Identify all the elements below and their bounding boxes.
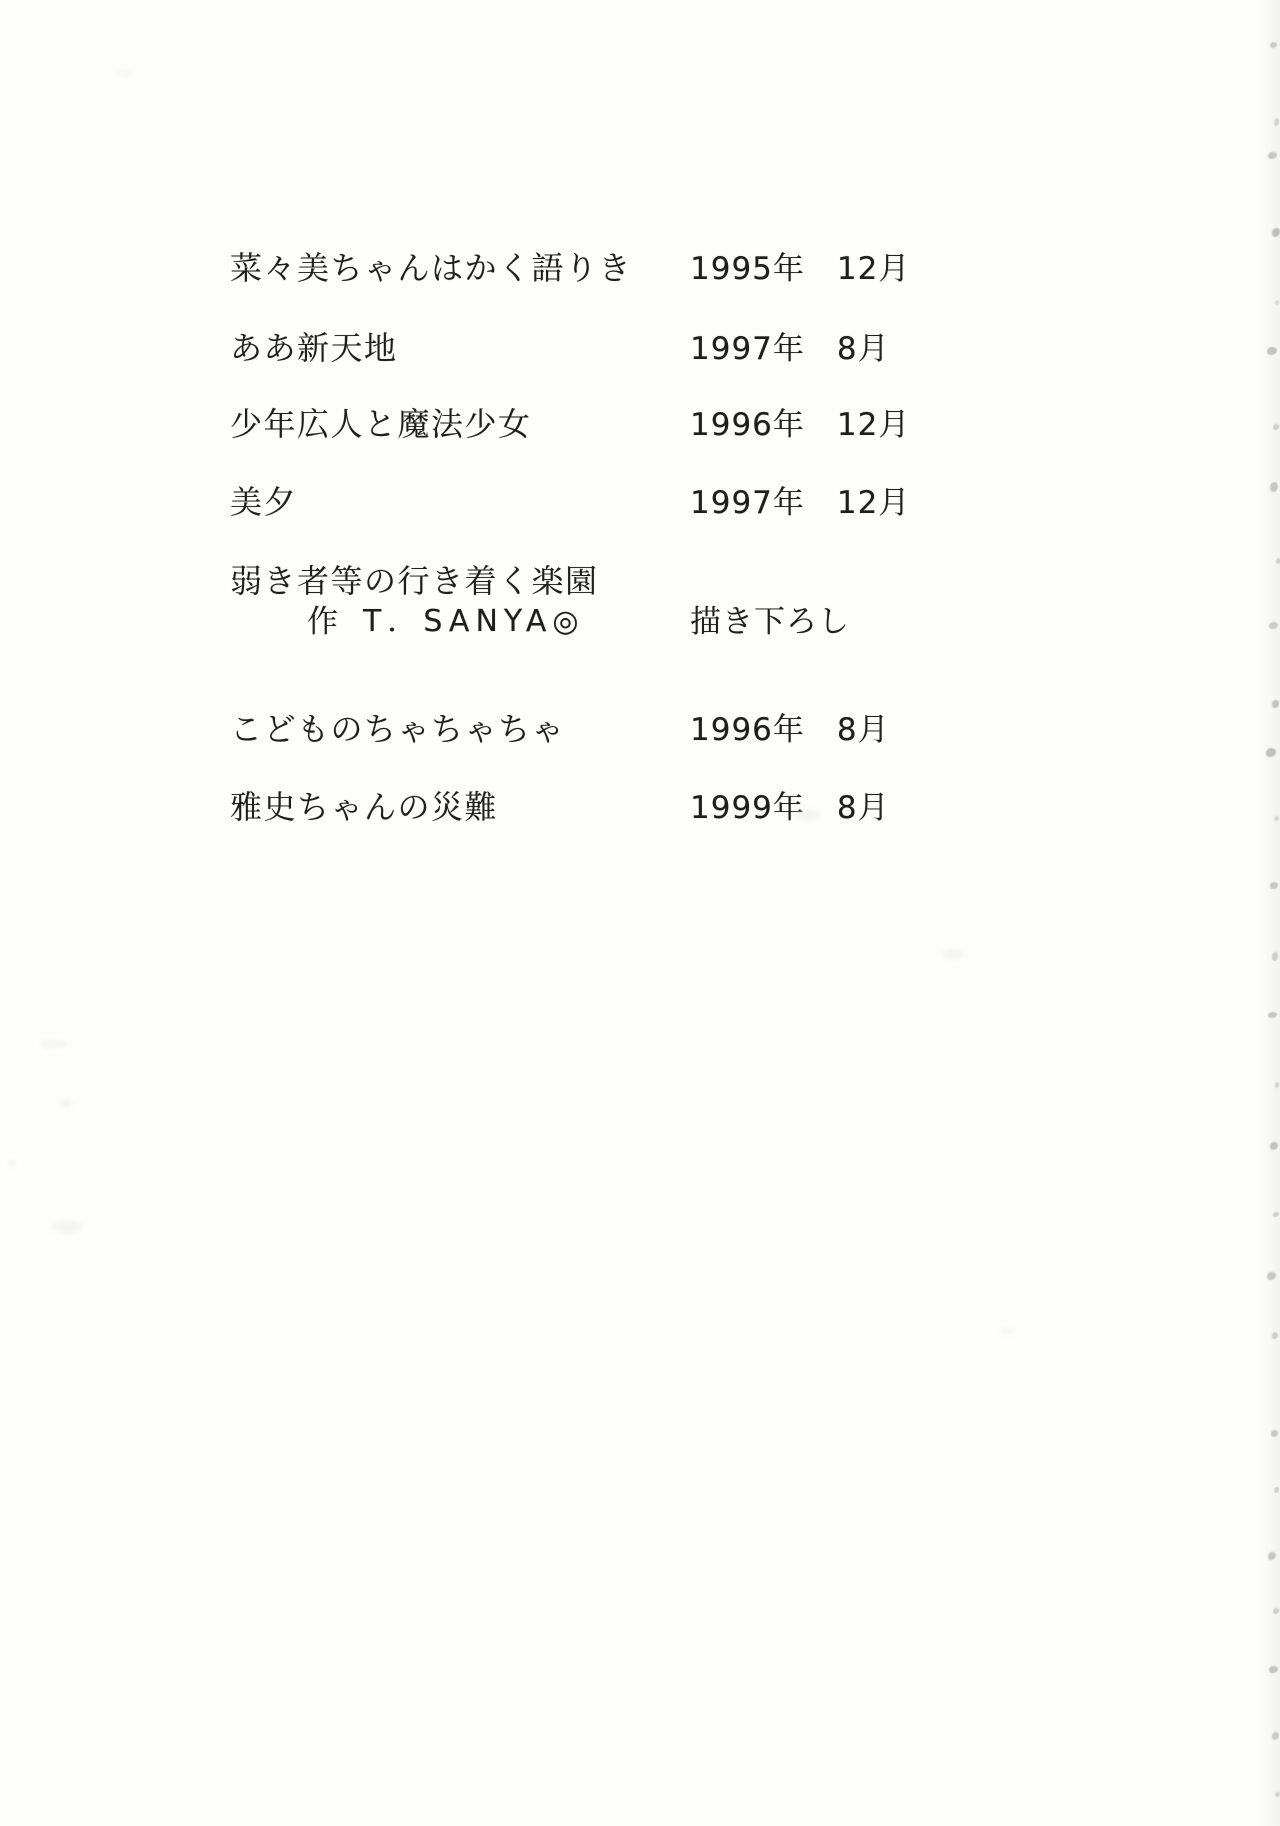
toc-row: 菜々美ちゃんはかく語りき 1995年 12月: [0, 243, 1280, 283]
work-date: 1996年 12月: [690, 399, 910, 444]
work-title: 菜々美ちゃんはかく語りき: [230, 243, 632, 289]
work-title: 美夕: [230, 477, 297, 523]
scan-smudge: [795, 810, 821, 820]
toc-author-row: 作 T．SANYA◎ 描き下ろし: [0, 596, 1280, 636]
scan-smudge: [942, 950, 964, 959]
author-prefix-label: 作: [307, 596, 338, 641]
scan-smudge: [1000, 1328, 1014, 1335]
work-date: 1996年 8月: [690, 704, 890, 749]
author-name: T．SANYA◎: [363, 596, 585, 640]
work-title: 少年広人と魔法少女: [230, 399, 532, 445]
scanned-page: 菜々美ちゃんはかく語りき 1995年 12月 ああ新天地 1997年 8月 少年…: [0, 0, 1280, 1826]
work-title: ああ新天地: [230, 323, 398, 369]
work-date: 1997年 12月: [690, 477, 910, 522]
toc-row: 美夕 1997年 12月: [0, 477, 1280, 517]
work-date: 1995年 12月: [690, 243, 910, 288]
scan-smudge: [8, 1160, 16, 1166]
toc-row: 雅史ちゃんの災難 1999年 8月: [0, 782, 1280, 822]
work-title: 雅史ちゃんの災難: [230, 782, 498, 828]
work-date: 描き下ろし: [690, 596, 850, 641]
scan-smudge: [118, 70, 132, 77]
scan-edge-speck: [1276, 558, 1280, 564]
scan-smudge: [52, 1220, 82, 1234]
scan-smudge: [40, 1040, 68, 1048]
toc-row: ああ新天地 1997年 8月: [0, 323, 1280, 363]
toc-row: 少年広人と魔法少女 1996年 12月: [0, 399, 1280, 439]
toc-row: こどものちゃちゃちゃ 1996年 8月: [0, 704, 1280, 744]
work-date: 1999年 8月: [690, 782, 890, 827]
scan-edge-band: [1256, 0, 1280, 1826]
work-date: 1997年 8月: [690, 323, 890, 368]
scan-smudge: [60, 1100, 72, 1107]
work-title: こどものちゃちゃちゃ: [230, 704, 565, 750]
toc-row: 弱き者等の行き着く楽園: [0, 556, 1280, 596]
